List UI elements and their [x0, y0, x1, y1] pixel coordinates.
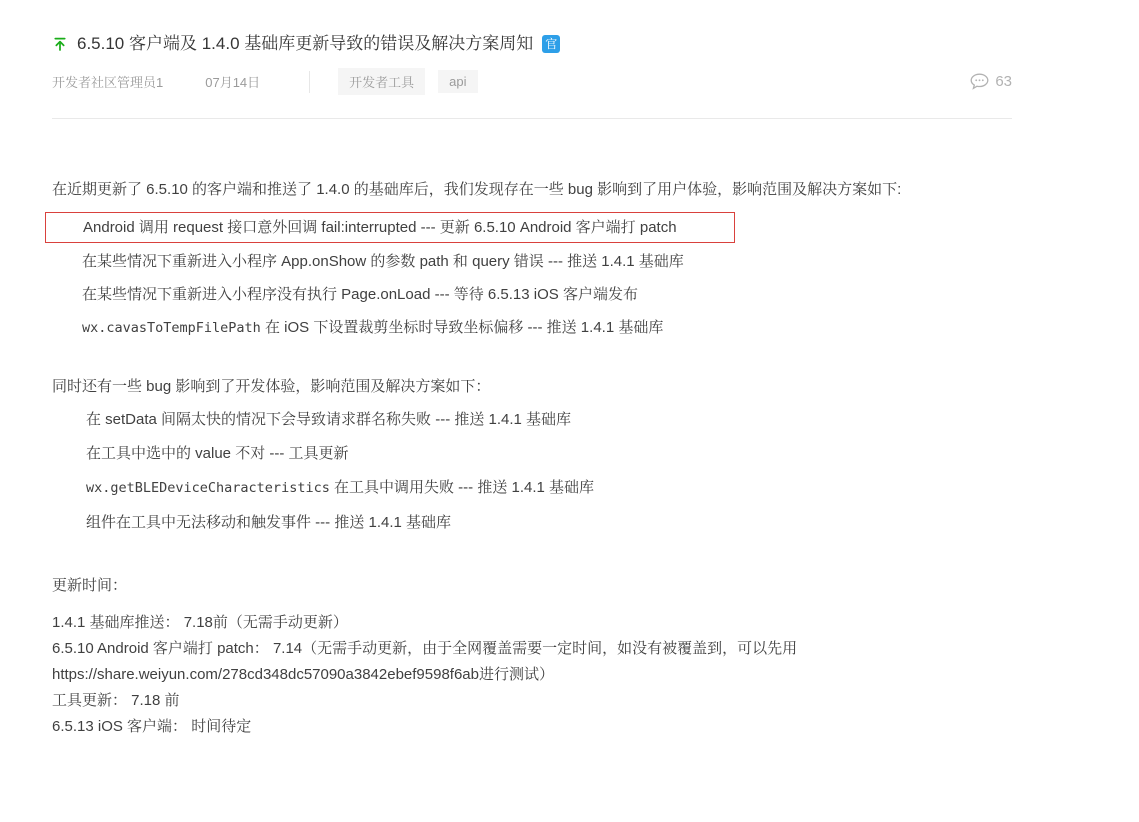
bug-item-highlighted: Android 调用 request 接口意外回调 fail:interrupt… — [45, 212, 735, 243]
bug-item: 在某些情况下重新进入小程序 App.onShow 的参数 path 和 quer… — [52, 251, 1012, 272]
meta-divider — [309, 71, 310, 93]
bug-text: 在某些情况下重新进入小程序没有执行 Page.onLoad --- 等待 6.5… — [82, 286, 638, 303]
tag-devtools[interactable]: 开发者工具 — [338, 68, 425, 95]
schedule-line: 1.4.1 基础库推送： 7.18前（无需手动更新） — [52, 610, 1012, 636]
schedule-line: 6.5.13 iOS 客户端： 时间待定 — [52, 714, 1012, 740]
bug-text: 组件在工具中无法移动和触发事件 --- 推送 1.4.1 基础库 — [86, 514, 451, 531]
comment-count: 63 — [995, 73, 1012, 90]
bug-item: 组件在工具中无法移动和触发事件 --- 推送 1.4.1 基础库 — [52, 512, 1012, 533]
page-title: 6.5.10 客户端及 1.4.0 基础库更新导致的错误及解决方案周知 — [77, 33, 533, 55]
schedule-line: 6.5.10 Android 客户端打 patch： 7.14（无需手动更新，由… — [52, 636, 1012, 688]
bug-item: 在某些情况下重新进入小程序没有执行 Page.onLoad --- 等待 6.5… — [52, 284, 1012, 305]
api-name: wx.cavasToTempFilePath — [82, 320, 261, 336]
comment-bubble-icon — [970, 73, 989, 90]
bug-item: wx.getBLEDeviceCharacteristics 在工具中调用失败 … — [52, 477, 1012, 499]
post-body: 在近期更新了 6.5.10 的客户端和推送了 1.4.0 的基础库后，我们发现存… — [52, 179, 1012, 740]
author-link[interactable]: 开发者社区管理员1 — [52, 72, 163, 91]
official-badge: 官 — [542, 35, 560, 53]
bug-text: Android 调用 request 接口意外回调 fail:interrupt… — [83, 219, 677, 236]
dev-bug-list: 在 setData 间隔太快的情况下会导致请求群名称失败 --- 推送 1.4.… — [52, 409, 1012, 533]
post-date: 07月14日 — [205, 72, 260, 91]
bug-item: 在工具中选中的 value 不对 --- 工具更新 — [52, 443, 1012, 464]
pin-top-icon — [52, 36, 68, 52]
api-name: wx.getBLEDeviceCharacteristics — [86, 480, 330, 496]
bug-text: 在工具中调用失败 --- 推送 1.4.1 基础库 — [330, 479, 594, 496]
schedule-title: 更新时间： — [52, 575, 1012, 596]
intro-user-bugs: 在近期更新了 6.5.10 的客户端和推送了 1.4.0 的基础库后，我们发现存… — [52, 179, 1012, 200]
schedule-block: 1.4.1 基础库推送： 7.18前（无需手动更新） 6.5.10 Androi… — [52, 610, 1012, 740]
schedule-line: 工具更新： 7.18 前 — [52, 688, 1012, 714]
post-header: 6.5.10 客户端及 1.4.0 基础库更新导致的错误及解决方案周知 官 — [52, 33, 1012, 55]
bug-text: 在工具中选中的 value 不对 --- 工具更新 — [86, 445, 349, 462]
bug-text: 在 setData 间隔太快的情况下会导致请求群名称失败 --- 推送 1.4.… — [86, 411, 571, 428]
intro-dev-bugs: 同时还有一些 bug 影响到了开发体验，影响范围及解决方案如下： — [52, 376, 1012, 397]
tag-api[interactable]: api — [438, 70, 477, 93]
bug-item: wx.cavasToTempFilePath 在 iOS 下设置裁剪坐标时导致坐… — [52, 317, 1012, 339]
bug-text: 在某些情况下重新进入小程序 App.onShow 的参数 path 和 quer… — [82, 253, 684, 270]
user-bug-list: Android 调用 request 接口意外回调 fail:interrupt… — [52, 212, 1012, 339]
post-detail-page: 6.5.10 客户端及 1.4.0 基础库更新导致的错误及解决方案周知 官 开发… — [52, 0, 1012, 740]
post-meta: 开发者社区管理员1 07月14日 开发者工具 api 63 — [52, 68, 1012, 95]
bug-item: 在 setData 间隔太快的情况下会导致请求群名称失败 --- 推送 1.4.… — [52, 409, 1012, 430]
bug-text: 在 iOS 下设置裁剪坐标时导致坐标偏移 --- 推送 1.4.1 基础库 — [261, 319, 664, 336]
comment-counter[interactable]: 63 — [970, 73, 1012, 90]
header-divider — [52, 118, 1012, 119]
